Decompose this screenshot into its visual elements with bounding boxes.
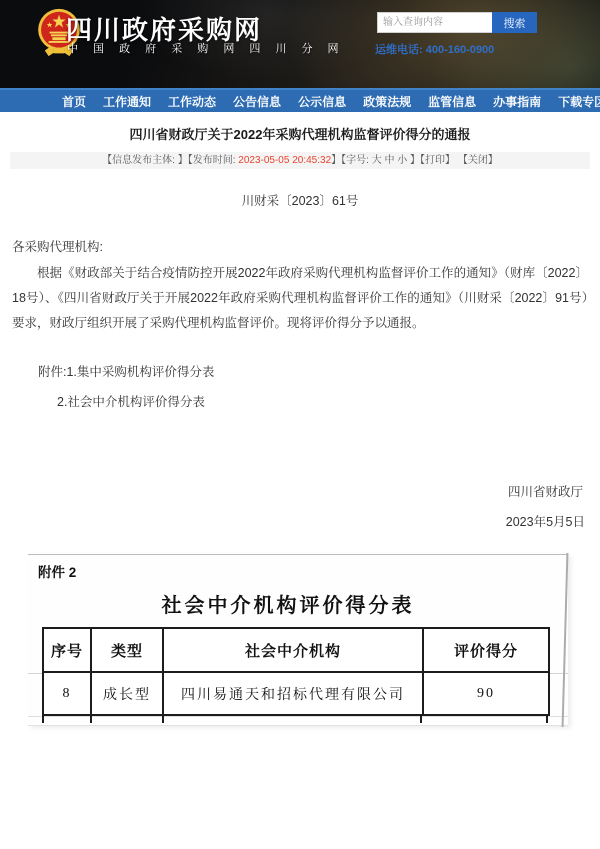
col-header-type: 类型 [91,628,163,672]
site-header: 四川政府采购网 中 国 政 府 采 购 网 四 川 分 网 搜索 运维电话: 4… [0,0,600,88]
close-link[interactable]: 【关闭】 [458,155,498,166]
col-header-no: 序号 [43,628,91,672]
salutation: 各采购代理机构: [12,237,588,255]
meta-time-label: 【发布时间: [188,155,239,166]
search-row: 搜索 [377,12,537,33]
table-row: 8 成长型 四川易通天和招标代理有限公司 90 [43,672,549,715]
cell-score: 90 [423,672,549,715]
nav-item-policy-regulations[interactable]: 政策法规 [363,93,411,110]
nav-item-home[interactable]: 首页 [62,93,86,110]
print-link[interactable]: 【打印】 [420,155,455,166]
scan-table-title: 社会中介机构评价得分表 [28,589,548,618]
support-phone: 运维电话: 400-160-0900 [375,41,494,57]
main-nav: 首页 工作通知 工作动态 公告信息 公示信息 政策法规 监管信息 办事指南 下载… [0,88,600,112]
search-input[interactable] [377,12,492,33]
table-header-row: 序号 类型 社会中介机构 评价得分 [43,628,549,672]
scan-table-cutoff [420,714,422,723]
meta-font-label: 【字号: [341,155,372,166]
nav-item-download-zone[interactable]: 下载专区 [558,93,600,110]
attachment-scan-image: 附件 2 社会中介机构评价得分表 序号 类型 社会中介机构 评价得分 8 成长型… [28,554,568,726]
font-size-large-link[interactable]: 大 [372,155,382,166]
signer-name: 四川省财政厅 [0,482,583,500]
scan-table-cutoff [90,714,92,723]
meta-font-close: 】 [407,155,420,166]
cell-no: 8 [43,672,91,715]
article-paragraph: 根据《财政部关于结合疫情防控开展2022年政府采购代理机构监督评价工作的通知》（… [12,261,588,336]
nav-item-work-notice[interactable]: 工作通知 [103,93,151,110]
nav-item-work-dynamics[interactable]: 工作动态 [168,93,216,110]
nav-item-publicity-info[interactable]: 公示信息 [298,93,346,110]
meta-publisher: 【信息发布主体: 】 [102,155,188,166]
article-title: 四川省财政厅关于2022年采购代理机构监督评价得分的通报 [0,124,600,143]
attachment-list-line-1: 附件:1.集中采购机构评价得分表 [38,362,600,380]
score-table: 序号 类型 社会中介机构 评价得分 8 成长型 四川易通天和招标代理有限公司 9… [42,627,550,716]
nav-item-supervision-info[interactable]: 监管信息 [428,93,476,110]
document-number: 川财采〔2023〕61号 [0,191,600,209]
search-button[interactable]: 搜索 [492,12,537,33]
meta-timestamp: 2023-05-05 20:45:32 [238,155,331,166]
scan-table-cutoff [42,714,44,723]
font-size-medium-link[interactable]: 中 [384,155,394,166]
meta-time-close: 】 [331,155,341,166]
scan-table-cutoff [162,714,164,723]
attachment-list-line-2: 2.社会中介机构评价得分表 [57,392,600,410]
col-header-score: 评价得分 [423,628,549,672]
sign-date: 2023年5月5日 [0,512,585,530]
scan-artifact-line [28,716,568,717]
font-size-small-link[interactable]: 小 [397,155,407,166]
site-subtitle: 中 国 政 府 采 购 网 四 川 分 网 [67,40,345,56]
col-header-org: 社会中介机构 [163,628,423,672]
scan-table-cutoff [546,714,548,723]
cell-type: 成长型 [91,672,163,715]
nav-item-service-guide[interactable]: 办事指南 [493,93,541,110]
nav-item-announcement-info[interactable]: 公告信息 [233,93,281,110]
scan-page-edge [562,553,569,727]
article-body: 四川省财政厅关于2022年采购代理机构监督评价得分的通报 【信息发布主体: 】【… [0,124,600,726]
scan-attachment-label: 附件 2 [38,561,76,581]
cell-org: 四川易通天和招标代理有限公司 [163,672,423,715]
article-meta-bar: 【信息发布主体: 】【发布时间: 2023-05-05 20:45:32】【字号… [10,152,590,169]
